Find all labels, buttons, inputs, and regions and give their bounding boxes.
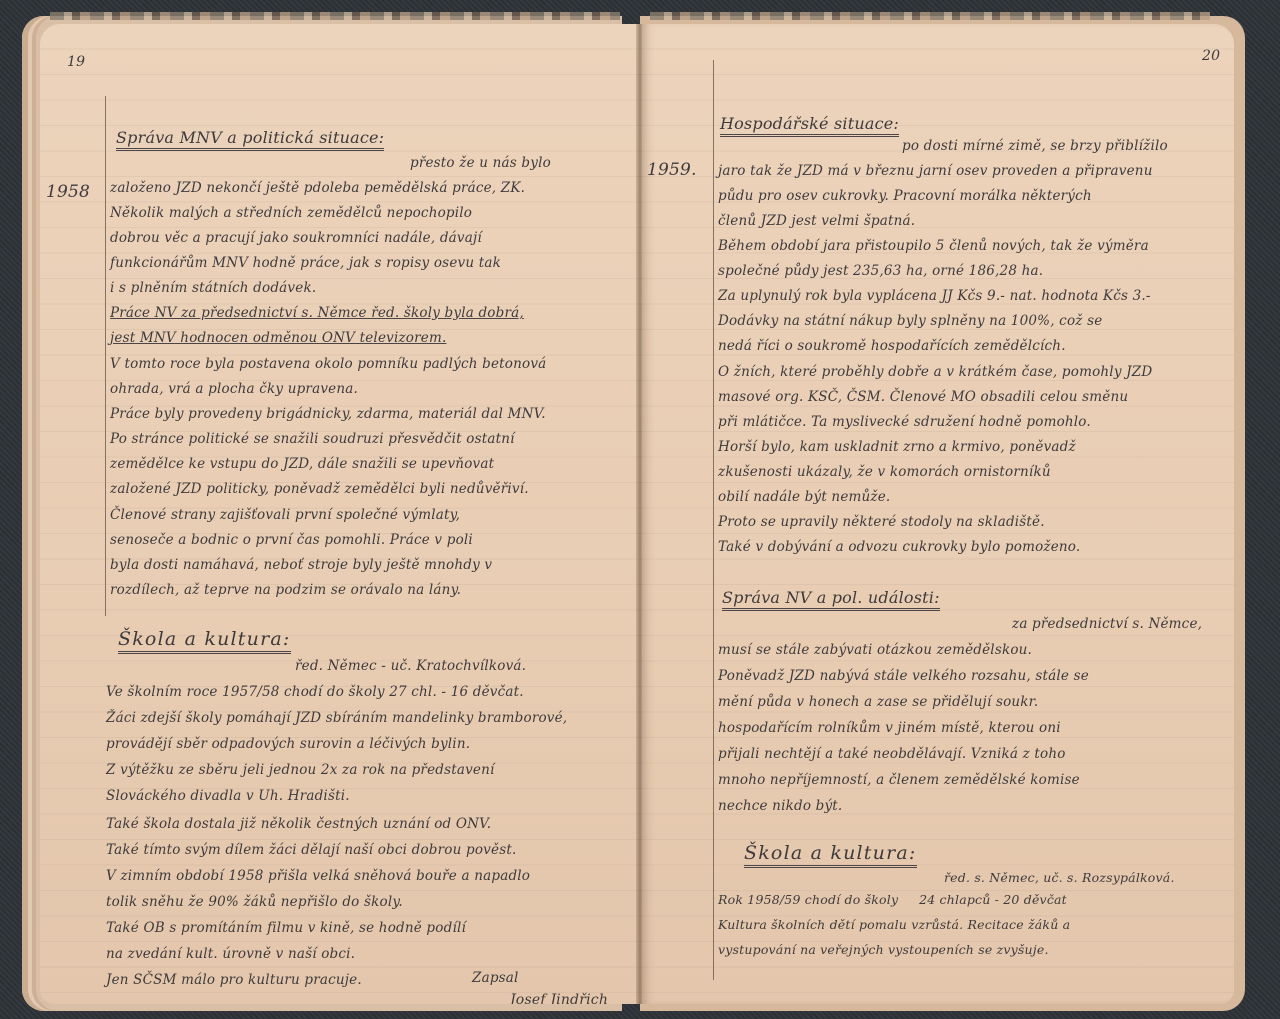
section-title: Správa MNV a politická situace: (116, 128, 384, 151)
text-line: při mlátičce. Ta myslivecké sdružení hod… (718, 414, 1091, 430)
left-page: 19 1958 Správa MNV a politická situace: … (40, 24, 642, 1004)
text-line: tolik sněhu že 90% žáků nepřišlo do škol… (106, 894, 403, 910)
text-line: Po stránce politické se snažili soudruzi… (110, 431, 515, 447)
staff-note: řed. s. Němec, uč. s. Rozsypálková. (944, 870, 1175, 885)
margin-line (713, 60, 714, 980)
text-line: mnoho nepříjemností, a členem zemědělské… (718, 772, 1080, 788)
text-line: Také OB s promítáním filmu v kině, se ho… (106, 920, 466, 936)
right-page: 20 1959. Hospodářské situace: po dosti m… (642, 24, 1234, 1004)
text-line: Rok 1958/59 chodí do školy 24 chlapců - … (718, 892, 1067, 907)
text-line: Členové strany zajišťovali první společn… (110, 507, 460, 523)
text-line: po dosti mírné zimě, se brzy přiblížilo (902, 138, 1168, 154)
text-line: Žáci zdejší školy pomáhají JZD sbíráním … (106, 710, 567, 726)
text-line: mění půda v honech a zase se přidělují s… (718, 694, 1038, 710)
page-edge-top-left (50, 12, 620, 20)
text-line: společné půdy jest 235,63 ha, orné 186,2… (718, 263, 1043, 279)
year-margin-note: 1959. (647, 160, 697, 180)
text-line: založeno JZD nekončí ještě pdoleba peměd… (110, 180, 525, 196)
text-line: zkušenosti ukázaly, že v komorách ornist… (718, 464, 1051, 480)
text-line: Také v dobývání a odvozu cukrovky bylo p… (718, 539, 1080, 555)
text-line: ohrada, vrá a plocha čky upravena. (110, 381, 358, 397)
section-title: Správa NV a pol. události: (722, 588, 940, 611)
text-line: Také tímto svým dílem žáci dělají naší o… (106, 842, 516, 858)
text-line: jest MNV hodnocen odměnou ONV televizore… (110, 330, 446, 346)
signature: Josef Jindřich (510, 992, 608, 1004)
text-line: byla dosti namáhavá, neboť stroje byly j… (110, 557, 492, 573)
text-line: přesto že u nás bylo (410, 155, 551, 171)
staff-note: řed. Němec - uč. Kratochvílková. (295, 658, 526, 674)
text-line: Slováckého divadla v Uh. Hradišti. (106, 788, 350, 804)
section-title: Hospodářské situace: (720, 114, 899, 137)
page-number: 19 (67, 54, 85, 70)
text-line: zemědělce ke vstupu do JZD, dále snažili… (110, 456, 494, 472)
text-line: členů JZD jest velmi špatná. (718, 213, 915, 229)
year-margin-note: 1958 (46, 182, 90, 202)
text-line: Kultura školních dětí pomalu vzrůstá. Re… (718, 917, 1070, 932)
text-line: nedá říci o soukromě hospodařících zeměd… (718, 338, 1066, 354)
margin-line (105, 96, 106, 616)
written-by-label: Zapsal (472, 970, 519, 986)
text-line: senoseče a bodnic o první čas pomohli. P… (110, 532, 473, 548)
text-line: dobrou věc a pracují jako soukromníci na… (110, 230, 482, 246)
text-line: půdu pro osev cukrovky. Pracovní morálka… (718, 188, 1092, 204)
text-line: provádějí sběr odpadových surovin a léči… (106, 736, 470, 752)
text-line: Jen SČSM málo pro kulturu pracuje. (106, 972, 362, 988)
text-line: Ve školním roce 1957/58 chodí do školy 2… (106, 684, 524, 700)
text-line: Z výtěžku ze sběru jeli jednou 2x za rok… (106, 762, 495, 778)
text-line: nechce nikdo být. (718, 798, 842, 814)
text-line: Za uplynulý rok byla vyplácena JJ Kčs 9.… (718, 288, 1151, 304)
text-line: Také škola dostala již několik čestných … (106, 816, 491, 832)
text-line: Práce NV za předsednictví s. Němce řed. … (110, 305, 524, 321)
text-line: přijali nechtějí a také neobdělávají. Vz… (718, 746, 1066, 762)
text-line: i s plněním státních dodávek. (110, 280, 316, 296)
text-line: musí se stále zabývati otázkou zemědělsk… (718, 642, 1032, 658)
text-line: Několik malých a středních zemědělců nep… (110, 205, 472, 221)
section-title: Škola a kultura: (744, 842, 917, 868)
text-line: V tomto roce byla postavena okolo pomník… (110, 356, 546, 372)
text-line: V zimním období 1958 přišla velká sněhov… (106, 868, 530, 884)
text-line: Proto se upravily některé stodoly na skl… (718, 514, 1045, 530)
text-line: vystupování na veřejných vystoupeních se… (718, 942, 1049, 957)
text-line: na zvedání kult. úrovně v naší obci. (106, 946, 355, 962)
text-line: hospodařícím rolníkům v jiném místě, kte… (718, 720, 1061, 736)
section-title: Škola a kultura: (118, 628, 291, 654)
text-line: Během období jara přistoupilo 5 členů no… (718, 238, 1149, 254)
page-number: 20 (1202, 48, 1220, 64)
text-line: za předsednictví s. Němce, (1012, 616, 1202, 632)
page-edge-top-right (650, 12, 1210, 20)
text-line: Dodávky na státní nákup byly splněny na … (718, 313, 1102, 329)
text-line: rozdílech, až teprve na podzim se orával… (110, 582, 461, 598)
text-line: Poněvadž JZD nabývá stále velkého rozsah… (718, 668, 1089, 684)
text-line: založené JZD politicky, poněvadž zeměděl… (110, 481, 529, 497)
text-line: Práce byly provedeny brigádnicky, zdarma… (110, 406, 546, 422)
text-line: masové org. KSČ, ČSM. Členové MO obsadil… (718, 389, 1128, 405)
text-line: O žních, které proběhly dobře a v krátké… (718, 364, 1152, 380)
text-line: obilí nadále být nemůže. (718, 489, 890, 505)
text-line: jaro tak že JZD má v březnu jarní osev p… (718, 163, 1153, 179)
text-line: Horší bylo, kam uskladnit zrno a krmivo,… (718, 439, 1076, 455)
text-line: funkcionářům MNV hodně práce, jak s ropi… (110, 255, 501, 271)
